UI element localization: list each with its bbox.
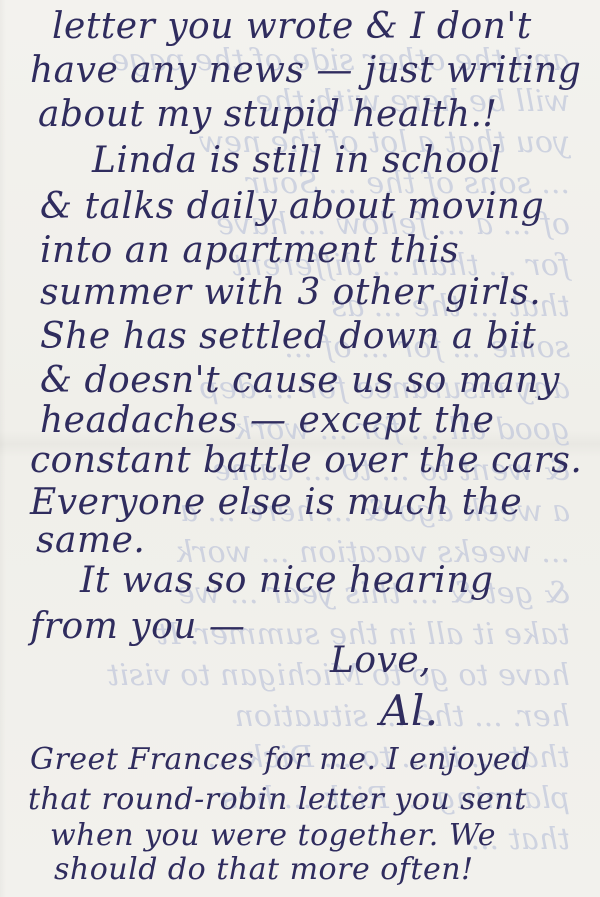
letter-line: letter you wrote & I don't: [52, 6, 532, 47]
letter-line: It was so nice hearing: [80, 560, 493, 601]
letter-line: same.: [36, 520, 145, 561]
letter-line: & talks daily about moving: [40, 186, 544, 227]
letter-line: & doesn't cause us so many: [40, 360, 560, 401]
letter-line: have any news — just writing: [30, 50, 581, 91]
letter-line: Linda is still in school: [92, 140, 502, 181]
letter-line: into an apartment this: [40, 230, 459, 271]
postscript-line: when you were together. We: [50, 818, 496, 853]
letter-line: summer with 3 other girls.: [40, 272, 541, 313]
postscript-line: Greet Frances for me. I enjoyed: [30, 742, 531, 777]
letter-body: letter you wrote & I don't have any news…: [0, 0, 600, 897]
postscript-line: should do that more often!: [54, 852, 474, 887]
letter-closing: Love,: [330, 640, 431, 681]
postscript-line: that round-robin letter you sent: [28, 782, 527, 817]
letter-line: She has settled down a bit: [40, 316, 536, 357]
letter-line: from you —: [30, 606, 245, 647]
letter-signature: Al.: [380, 686, 439, 735]
letter-line: about my stupid health.!: [38, 94, 497, 135]
letter-line: Everyone else is much the: [30, 482, 522, 523]
letter-line: constant battle over the cars.: [30, 440, 582, 481]
letter-line: headaches — except the: [40, 400, 494, 441]
